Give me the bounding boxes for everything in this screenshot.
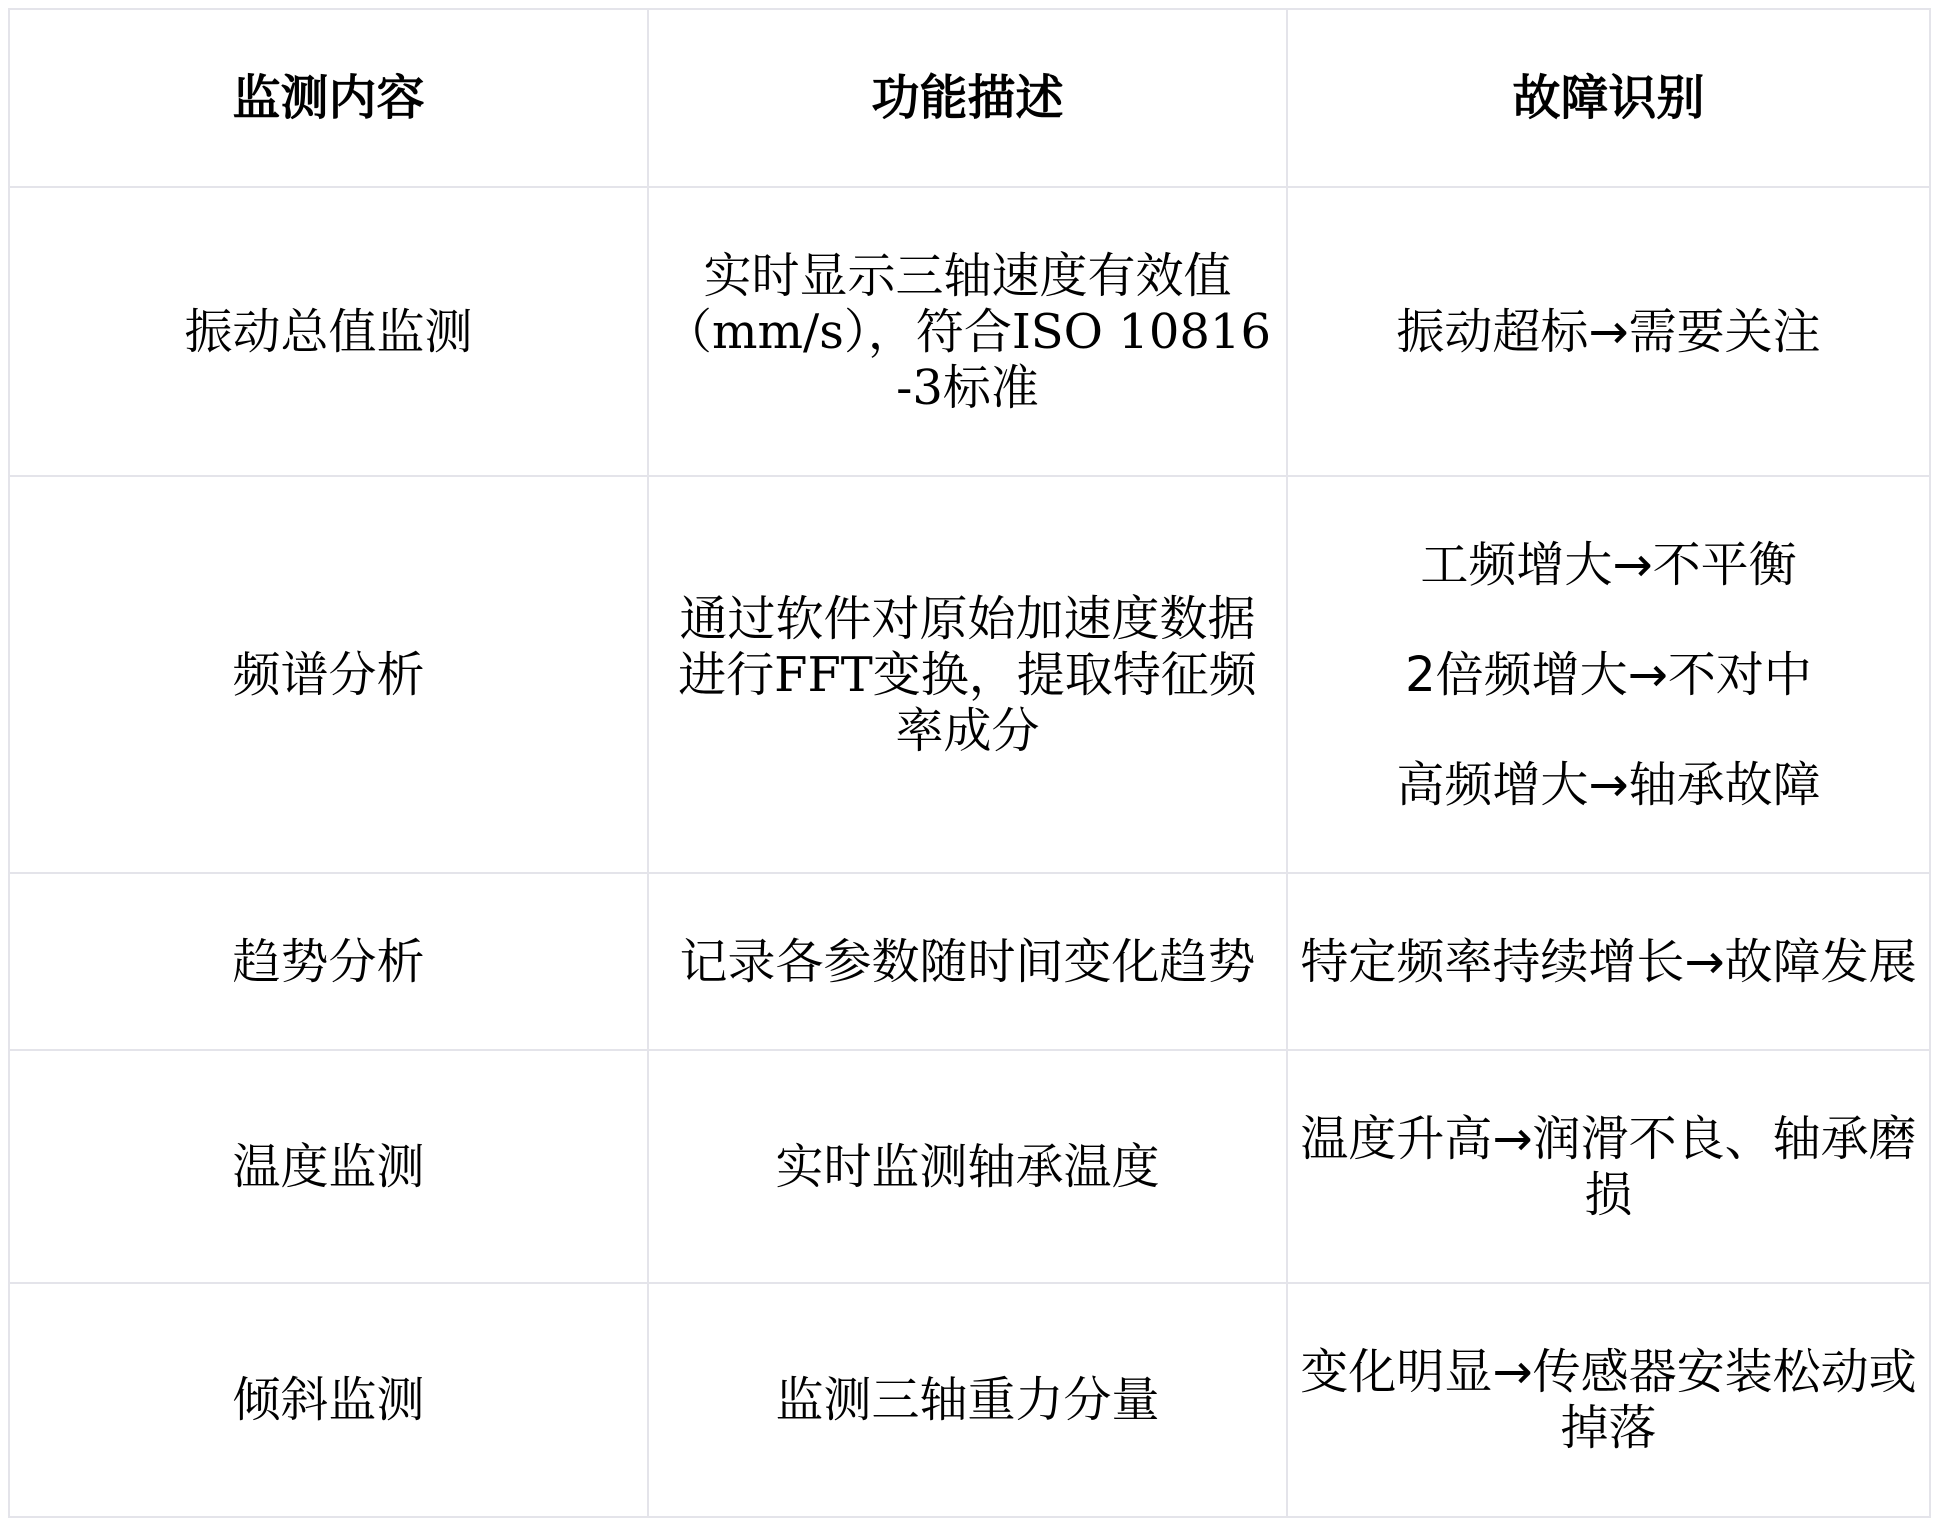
header-row: 监测内容 功能描述 故障识别 — [9, 9, 1930, 187]
cell-description: 监测三轴重力分量 — [648, 1283, 1287, 1517]
fault-item: 变化明显→传感器安装松动或掉落 — [1300, 1344, 1917, 1456]
cell-faults: 变化明显→传感器安装松动或掉落 — [1287, 1283, 1930, 1517]
cell-faults: 温度升高→润滑不良、轴承磨损 — [1287, 1050, 1930, 1283]
monitoring-table: 监测内容 功能描述 故障识别 振动总值监测 实时显示三轴速度有效值（mm/s），… — [8, 8, 1931, 1518]
cell-description: 实时显示三轴速度有效值（mm/s），符合ISO 10816-3标准 — [648, 187, 1287, 476]
cell-content: 振动总值监测 — [9, 187, 648, 476]
table-row: 频谱分析 通过软件对原始加速度数据进行FFT变换，提取特征频率成分 工频增大→不… — [9, 476, 1930, 873]
table-row: 振动总值监测 实时显示三轴速度有效值（mm/s），符合ISO 10816-3标准… — [9, 187, 1930, 476]
cell-description: 通过软件对原始加速度数据进行FFT变换，提取特征频率成分 — [648, 476, 1287, 873]
header-fault-identification: 故障识别 — [1287, 9, 1930, 187]
fault-item: 2倍频增大→不对中 — [1300, 647, 1917, 703]
fault-item: 工频增大→不平衡 — [1300, 537, 1917, 593]
fault-item: 温度升高→润滑不良、轴承磨损 — [1300, 1111, 1917, 1223]
cell-content: 温度监测 — [9, 1050, 648, 1283]
cell-content: 频谱分析 — [9, 476, 648, 873]
cell-faults: 工频增大→不平衡 2倍频增大→不对中 高频增大→轴承故障 — [1287, 476, 1930, 873]
fault-item: 高频增大→轴承故障 — [1300, 757, 1917, 813]
fault-item: 振动超标→需要关注 — [1300, 304, 1917, 360]
table-row: 倾斜监测 监测三轴重力分量 变化明显→传感器安装松动或掉落 — [9, 1283, 1930, 1517]
cell-description: 记录各参数随时间变化趋势 — [648, 873, 1287, 1050]
cell-faults: 振动超标→需要关注 — [1287, 187, 1930, 476]
table-row: 趋势分析 记录各参数随时间变化趋势 特定频率持续增长→故障发展 — [9, 873, 1930, 1050]
header-monitoring-content: 监测内容 — [9, 9, 648, 187]
cell-description: 实时监测轴承温度 — [648, 1050, 1287, 1283]
cell-content: 趋势分析 — [9, 873, 648, 1050]
table-row: 温度监测 实时监测轴承温度 温度升高→润滑不良、轴承磨损 — [9, 1050, 1930, 1283]
fault-item: 特定频率持续增长→故障发展 — [1300, 934, 1917, 990]
header-function-description: 功能描述 — [648, 9, 1287, 187]
cell-faults: 特定频率持续增长→故障发展 — [1287, 873, 1930, 1050]
cell-content: 倾斜监测 — [9, 1283, 648, 1517]
